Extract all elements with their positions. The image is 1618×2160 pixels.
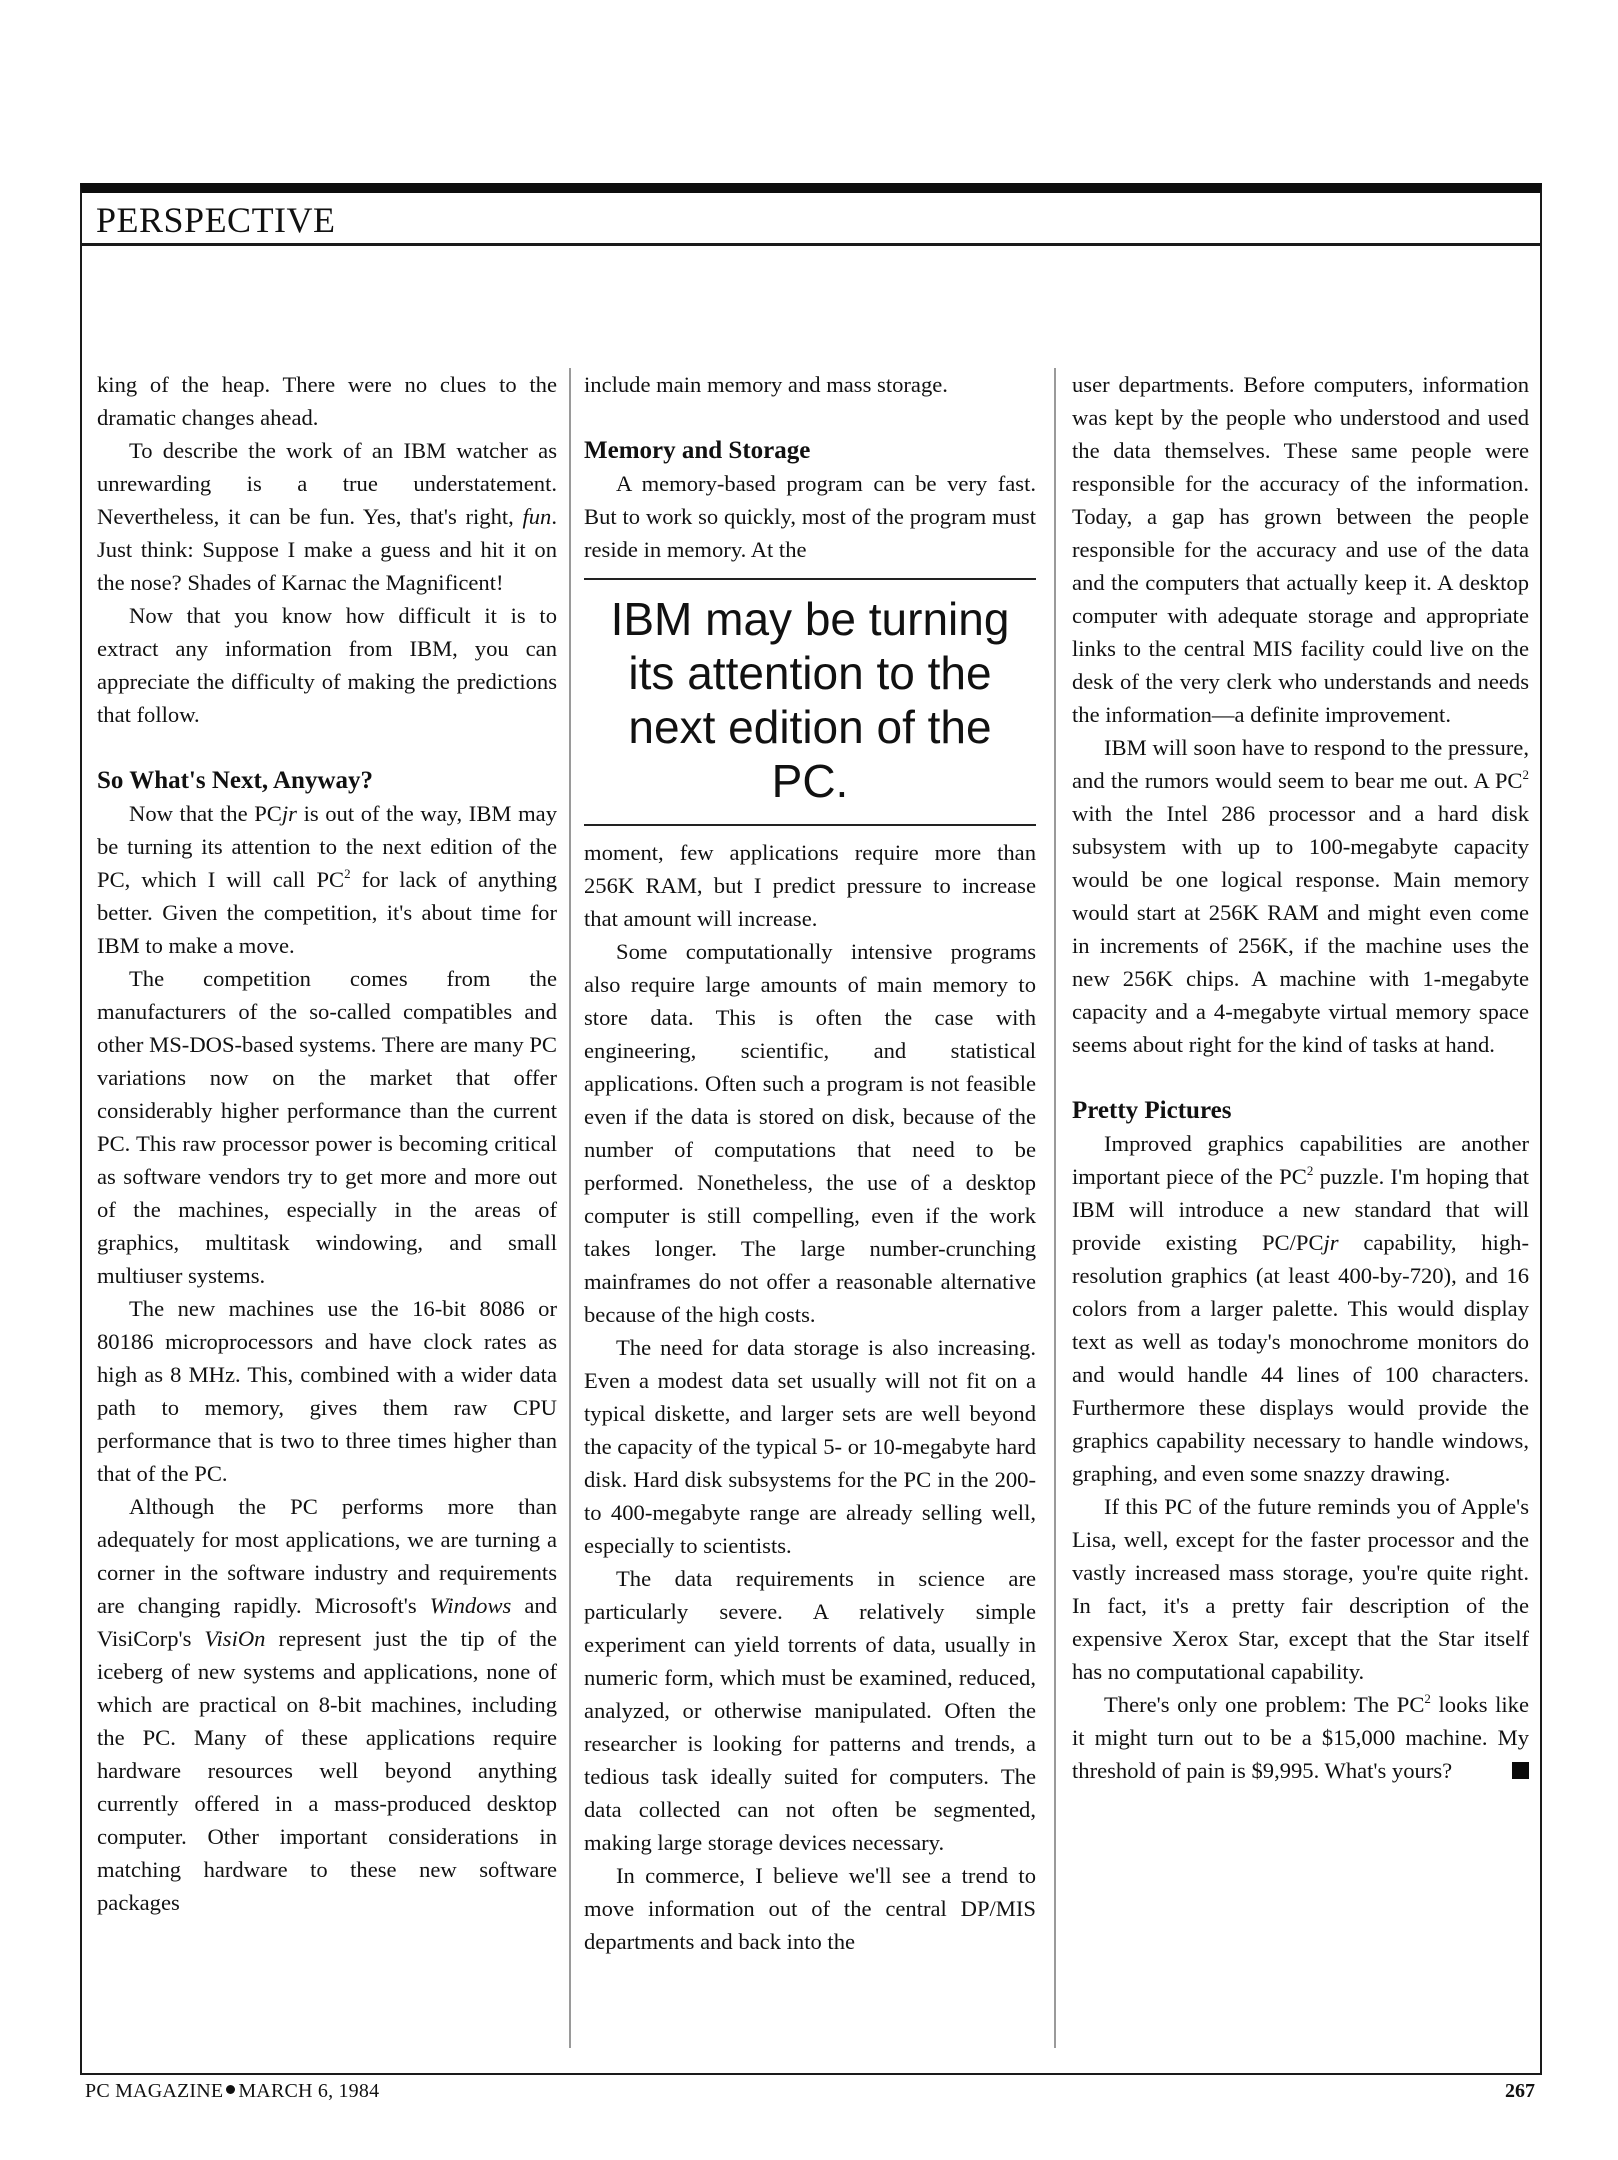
section-header: PERSPECTIVE (82, 193, 1540, 246)
paragraph: The new machines use the 16-bit 8086 or … (97, 1292, 557, 1490)
paragraph: Improved graphics capabilities are anoth… (1072, 1127, 1529, 1490)
paragraph: A memory-based program can be very fast.… (584, 467, 1036, 566)
section-title: PERSPECTIVE (96, 199, 336, 241)
article-frame: PERSPECTIVE king of the heap. There were… (80, 183, 1542, 2075)
paragraph: The competition comes from the manufactu… (97, 962, 557, 1292)
page-number: 267 (1505, 2080, 1535, 2103)
paragraph: Now that the PCjr is out of the way, IBM… (97, 797, 557, 962)
bullet-icon (226, 2085, 235, 2094)
paragraph: There's only one problem: The PC2 looks … (1072, 1688, 1529, 1787)
column-2: include main memory and mass storage. Me… (584, 368, 1036, 1958)
paragraph: moment, few applications require more th… (584, 836, 1036, 935)
column-1: king of the heap. There were no clues to… (97, 368, 557, 1919)
paragraph: The data requirements in science are par… (584, 1562, 1036, 1859)
paragraph: include main memory and mass storage. (584, 368, 1036, 401)
paragraph: king of the heap. There were no clues to… (97, 368, 557, 434)
subheading-memory-storage: Memory and Storage (584, 434, 1036, 467)
subheading-whats-next: So What's Next, Anyway? (97, 764, 557, 797)
paragraph: IBM will soon have to respond to the pre… (1072, 731, 1529, 1061)
paragraph: The need for data storage is also increa… (584, 1331, 1036, 1562)
paragraph: In commerce, I believe we'll see a trend… (584, 1859, 1036, 1958)
subheading-pretty-pictures: Pretty Pictures (1072, 1094, 1529, 1127)
paragraph: Now that you know how difficult it is to… (97, 599, 557, 731)
end-of-article-square-icon (1512, 1762, 1529, 1779)
paragraph: If this PC of the future reminds you of … (1072, 1490, 1529, 1688)
paragraph: user departments. Before computers, info… (1072, 368, 1529, 731)
paragraph: Some computationally intensive programs … (584, 935, 1036, 1331)
pull-quote: IBM may be turning its attention to the … (584, 578, 1036, 826)
issue-date: MARCH 6, 1984 (238, 2080, 379, 2102)
column-divider (569, 368, 571, 2048)
column-divider (1054, 368, 1056, 2048)
column-3: user departments. Before computers, info… (1072, 368, 1529, 1787)
paragraph: Although the PC performs more than adequ… (97, 1490, 557, 1919)
footer-publication-line: PC MAGAZINEMARCH 6, 1984 (85, 2080, 379, 2103)
publication-name: PC MAGAZINE (85, 2080, 223, 2102)
paragraph: To describe the work of an IBM watcher a… (97, 434, 557, 599)
